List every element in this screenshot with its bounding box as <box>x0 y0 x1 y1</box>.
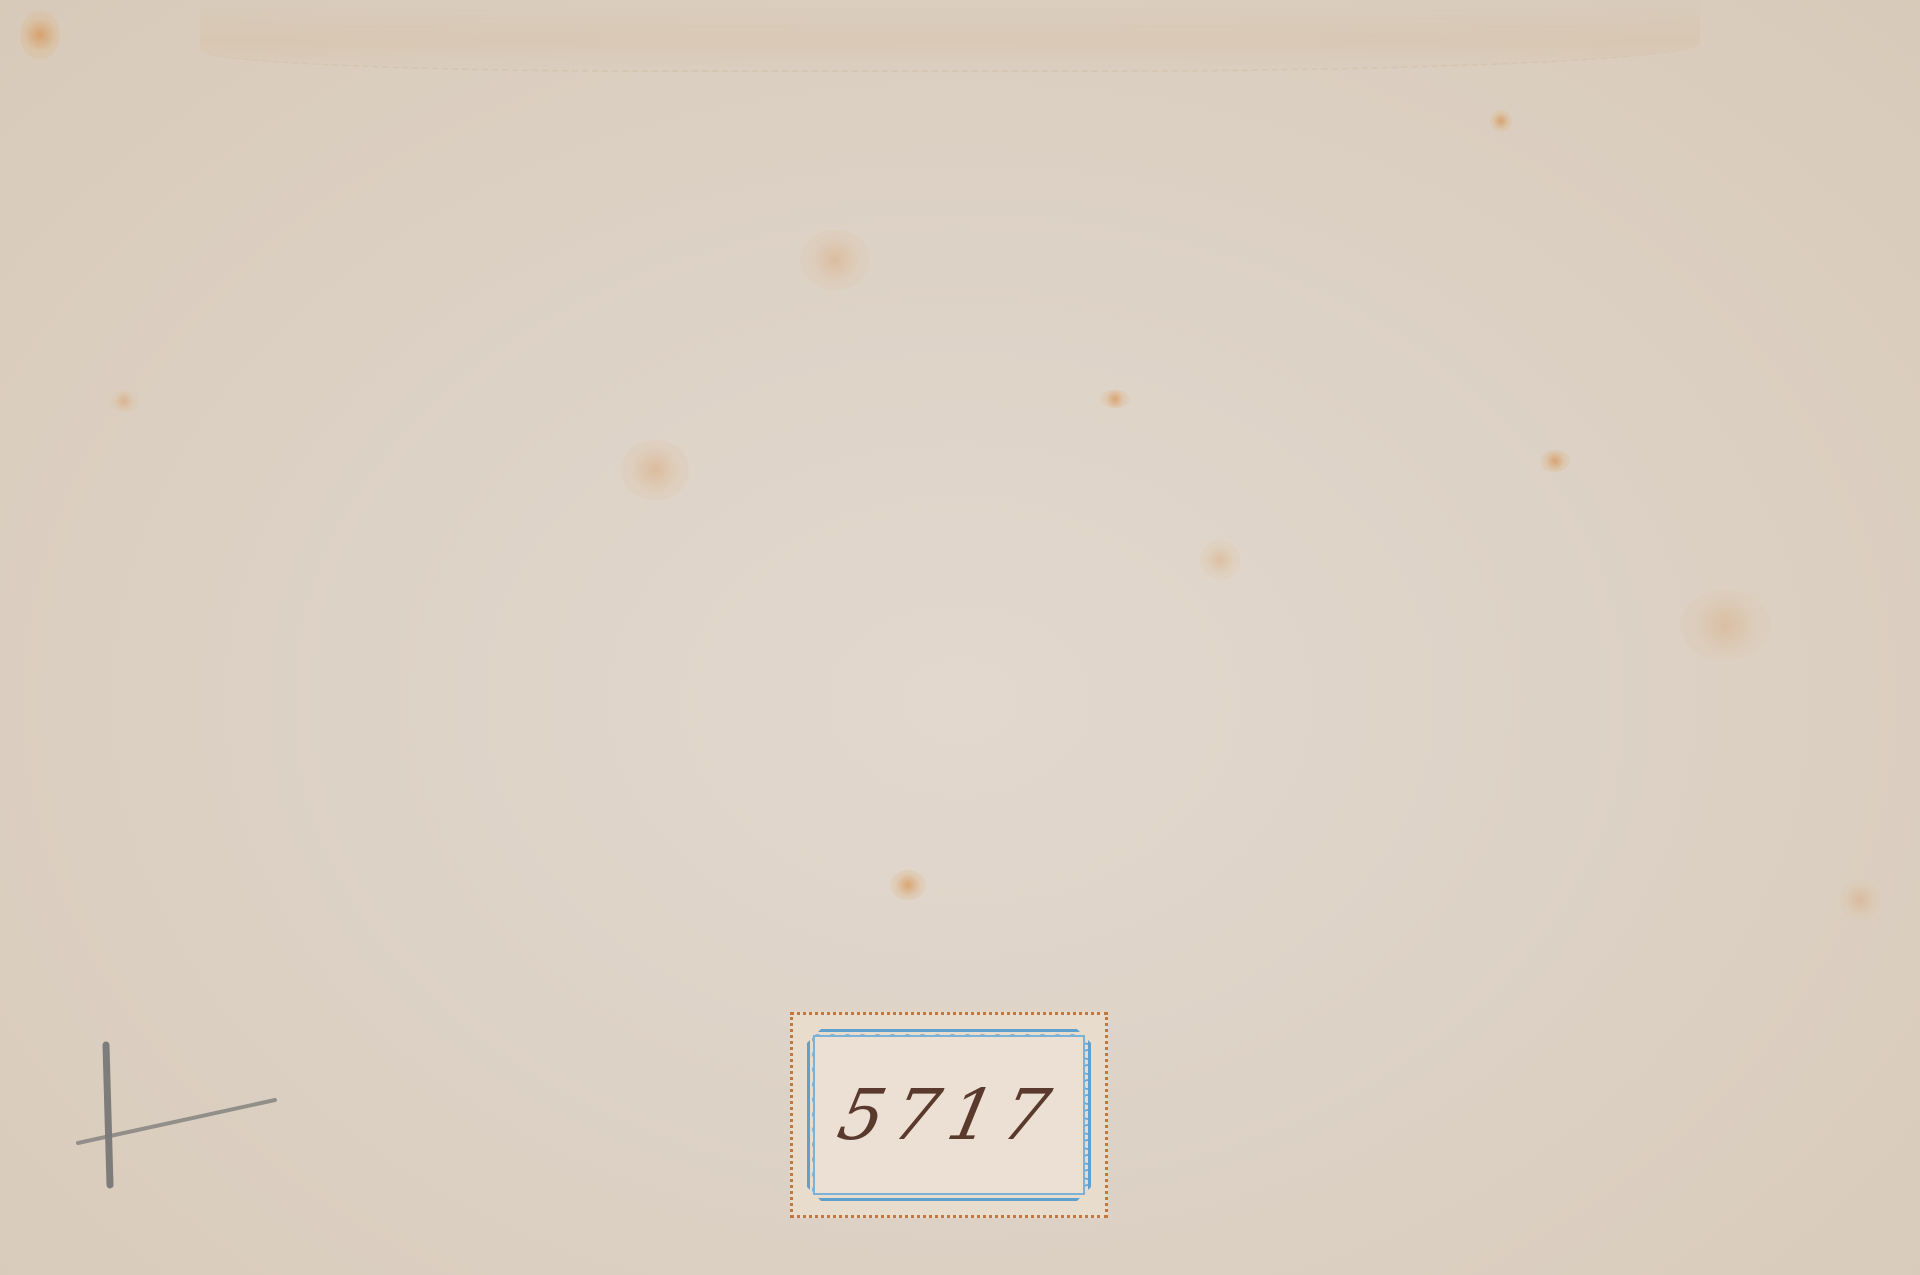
inventory-number: 5717 <box>831 1074 1067 1156</box>
foxing-stain <box>20 10 60 60</box>
foxing-stain <box>1540 450 1570 472</box>
label-field: 5717 <box>813 1035 1085 1195</box>
foxing-stain <box>1100 390 1130 408</box>
paper-sheet: 5717 <box>0 0 1920 1275</box>
foxing-stain <box>620 440 690 500</box>
foxing-stain <box>800 230 870 290</box>
foxing-stain <box>1840 880 1880 920</box>
foxing-stain <box>1200 540 1240 580</box>
foxing-stain <box>1680 590 1770 660</box>
collection-label: 5717 <box>790 1012 1108 1218</box>
water-tidemark <box>200 0 1700 72</box>
foxing-stain <box>890 870 926 900</box>
foxing-stain <box>110 390 138 412</box>
pencil-cross-mark <box>70 1025 290 1205</box>
foxing-stain <box>1490 110 1512 132</box>
